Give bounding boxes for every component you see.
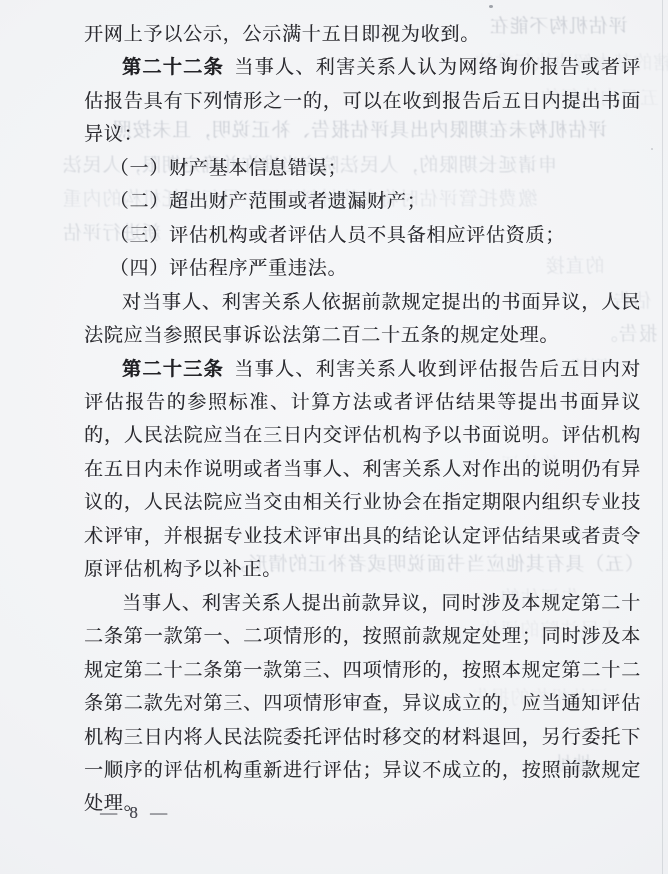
scanned-page: 评估机构不能在管辖的基本解决执行难的五日内执行的评估机构未在期限内出具评估报告、… [0,0,668,874]
paragraph: 对当事人、利害关系人依据前款规定提出的书面异议，人民法院应当参照民事诉讼法第二百… [84,286,641,353]
paragraph: （四）评估程序严重违法。 [84,252,641,285]
paragraph: 第二十三条当事人、利害关系人收到评估报告后五日内对评估报告的参照标准、计算方法或… [84,353,641,587]
scan-edge-artifact [662,0,663,874]
paragraph: 开网上予以公示，公示满十五日即视为收到。 [84,18,641,51]
scan-speck [489,5,493,8]
article-number: 第二十二条 [122,57,224,78]
paragraph: 当事人、利害关系人提出前款异议，同时涉及本规定第二十二条第一款第一、二项情形的，… [84,587,641,821]
paragraph: 第二十二条当事人、利害关系人认为网络询价报告或者评估报告具有下列情形之一的，可以… [84,51,641,151]
paragraph: （一）财产基本信息错误； [84,152,641,185]
scan-speck [651,148,653,150]
paragraph: （三）评估机构或者评估人员不具备相应评估资质； [84,219,641,252]
paragraph: （二）超出财产范围或者遗漏财产； [84,185,641,218]
page-number: — 8 — [100,803,171,823]
article-number: 第二十三条 [122,359,224,380]
document-text: 开网上予以公示，公示满十五日即视为收到。第二十二条当事人、利害关系人认为网络询价… [84,18,641,821]
